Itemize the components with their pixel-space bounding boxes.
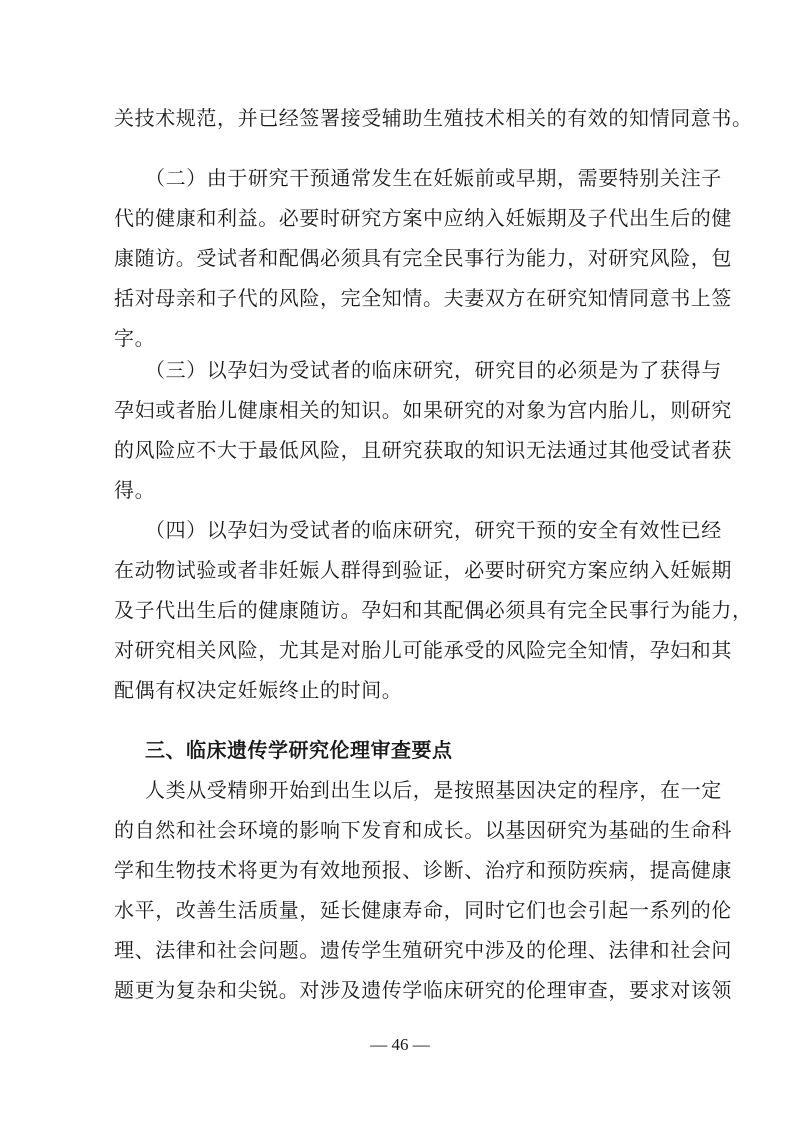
- document-page: 关技术规范，并已经签署接受辅助生殖技术相关的有效的知情同意书。 （二）由于研究干…: [0, 0, 800, 1131]
- text-line: 括对母亲和子代的风险，完全知情。夫妻双方在研究知情同意书上签: [114, 278, 690, 318]
- text-line: 孕妇或者胎儿健康相关的知识。如果研究的对象为宫内胎儿，则研究: [114, 390, 690, 430]
- text-line: 代的健康和利益。必要时研究方案中应纳入妊娠期及子代出生后的健: [114, 198, 690, 238]
- text-line: 水平，改善生活质量，延长健康寿命，同时它们也会引起一系列的伦: [114, 890, 690, 930]
- text-line: 及子代出生后的健康随访。孕妇和其配偶必须具有完全民事行为能力，: [114, 590, 690, 630]
- text-line: 理、法律和社会问题。遗传学生殖研究中涉及的伦理、法律和社会问: [114, 930, 690, 970]
- text-line: 得。: [114, 470, 690, 510]
- text-line: 的风险应不大于最低风险，且研究获取的知识无法通过其他受试者获: [114, 430, 690, 470]
- text-line: 康随访。受试者和配偶必须具有完全民事行为能力，对研究风险，包: [114, 238, 690, 278]
- text-line: 题更为复杂和尖锐。对涉及遗传学临床研究的伦理审查，要求对该领: [114, 970, 690, 1010]
- section-heading: 三、临床遗传学研究伦理审查要点: [145, 730, 453, 770]
- page-number: — 46 —: [0, 1030, 800, 1060]
- paragraph-5-line: 人类从受精卵开始到出生以后，是按照基因决定的程序，在一定: [145, 770, 690, 810]
- paragraph-2-line: （二）由于研究干预通常发生在妊娠前或早期，需要特别关注子: [145, 158, 690, 198]
- text-line: 配偶有权决定妊娠终止的时间。: [114, 670, 690, 710]
- text-line: 学和生物技术将更为有效地预报、诊断、治疗和预防疾病，提高健康: [114, 850, 690, 890]
- text-line: 的自然和社会环境的影响下发育和成长。以基因研究为基础的生命科: [114, 810, 690, 850]
- text-line: 关技术规范，并已经签署接受辅助生殖技术相关的有效的知情同意书。: [114, 98, 690, 138]
- text-line: 对研究相关风险，尤其是对胎儿可能承受的风险完全知情，孕妇和其: [114, 630, 690, 670]
- paragraph-4-line: （四）以孕妇为受试者的临床研究，研究干预的安全有效性已经: [145, 510, 690, 550]
- paragraph-3-line: （三）以孕妇为受试者的临床研究，研究目的必须是为了获得与: [145, 350, 690, 390]
- text-line: 在动物试验或者非妊娠人群得到验证，必要时研究方案应纳入妊娠期: [114, 550, 690, 590]
